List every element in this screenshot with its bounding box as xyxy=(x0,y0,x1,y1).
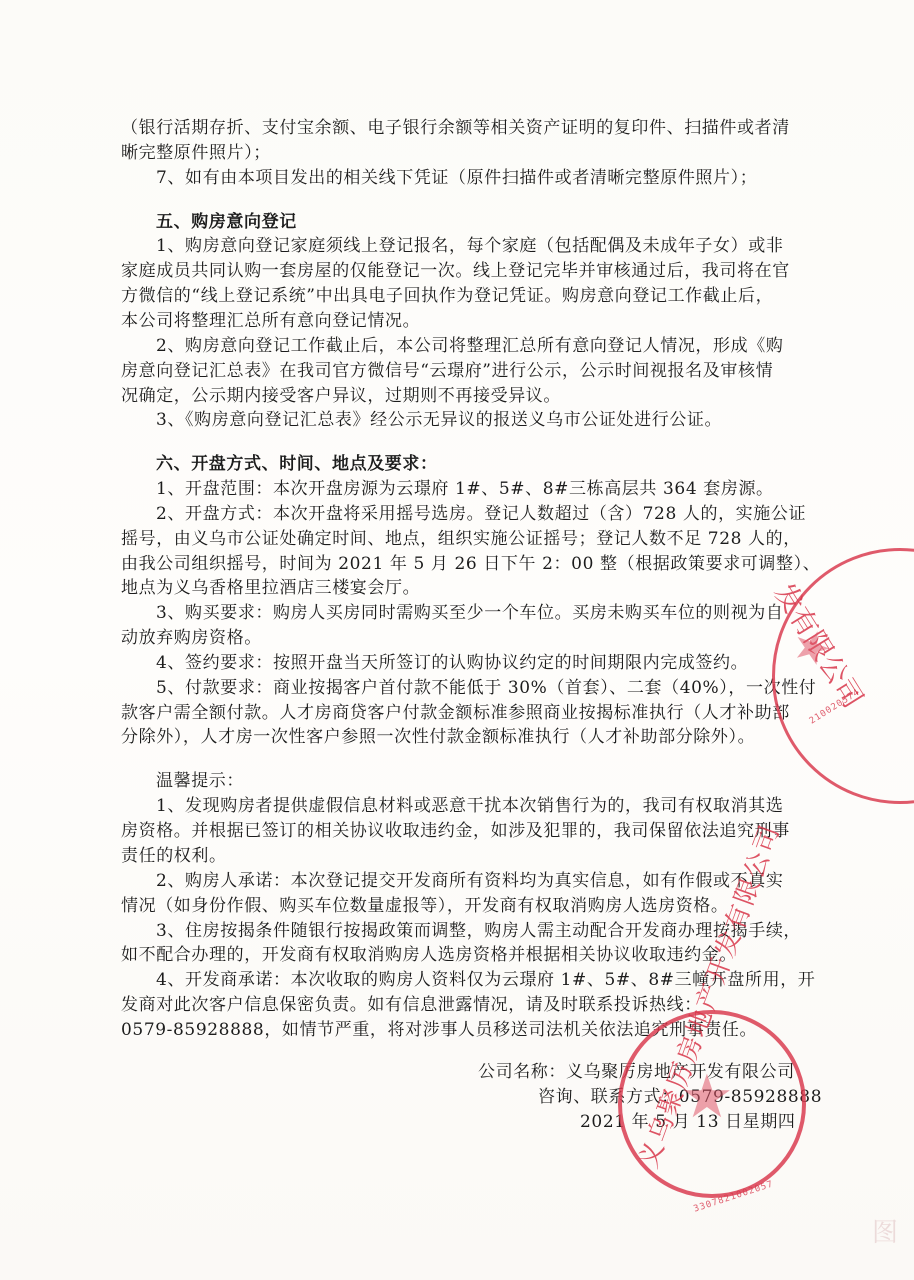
text-line: 如不配合办理的，开发商有权取消购房人选房资格并根据相关协议收取违约金。 xyxy=(121,943,737,967)
text-line: 房意向登记汇总表》在我司官方微信号“云璟府”进行公示，公示时间视报名及审核情 xyxy=(121,359,773,383)
text-line: 4、签约要求：按照开盘当天所签订的认购协议约定的时间期限内完成签约。 xyxy=(156,651,748,675)
text-line: （银行活期存折、支付宝余额、电子银行余额等相关资产证明的复印件、扫描件或者清 xyxy=(121,116,790,140)
watermark-icon: 图 xyxy=(872,1212,898,1249)
text-line: 2、开盘方式：本次开盘将采用摇号选房。登记人数超过（含）728 人的，实施公证 xyxy=(156,502,806,526)
text-line: 地点为义乌香格里拉酒店三楼宴会厅。 xyxy=(121,576,420,600)
text-line: 1、购房意向登记家庭须线上登记报名，每个家庭（包括配偶及未成年子女）或非 xyxy=(156,234,783,258)
text-line: 2、购房意向登记工作截止后，本公司将整理汇总所有意向登记人情况，形成《购 xyxy=(156,334,783,358)
text-line: 5、付款要求：商业按揭客户首付款不能低于 30%（首套）、二套（40%），一次性… xyxy=(156,676,816,700)
text-line: 发商对此次客户信息保密负责。如有信息泄露情况，请及时联系投诉热线： xyxy=(121,993,702,1017)
text-line: 晰完整原件照片）； xyxy=(121,141,271,165)
text-line: 3、《购房意向登记汇总表》经公示无异议的报送义乌市公证处进行公证。 xyxy=(156,408,722,432)
text-line: 家庭成员共同认购一套房屋的仅能登记一次。线上登记完毕并审核通过后，我司将在官 xyxy=(121,259,790,283)
text-line: 本公司将整理汇总所有意向登记情况。 xyxy=(121,309,420,333)
text-line: 由我公司组织摇号，时间为 2021 年 5 月 26 日下午 2：00 整（根据… xyxy=(121,552,820,576)
text-line: 分除外），人才房一次性客户参照一次性付款金额标准执行（人才补助部分除外）。 xyxy=(121,725,755,749)
text-line: 情况（如身份作假、购买车位数量虚报等），开发商有权取消购房人选房资格。 xyxy=(121,894,729,918)
text-line: 1、发现购房者提供虚假信息材料或恶意干扰本次销售行为的，我司有权取消其选 xyxy=(156,794,783,818)
text-line: 方微信的“线上登记系统”中出具电子回执作为登记凭证。购房意向登记工作截止后， xyxy=(121,284,773,308)
text-line: 摇号，由义乌市公证处确定时间、地点，组织实施公证摇号；登记人数不足 728 人的… xyxy=(121,527,801,551)
text-line: 动放弃购房资格。 xyxy=(121,626,262,650)
text-line: 况确定，公示期内接受客户异议，过期则不再接受异议。 xyxy=(121,384,561,408)
text-line: 2、购房人承诺：本次登记提交开发商所有资料均为真实信息，如有作假或不真实 xyxy=(156,869,783,893)
text-line: 3、住房按揭条件随银行按揭政策而调整，购房人需主动配合开发商办理按揭手续， xyxy=(156,919,801,943)
text-line: 房资格。并根据已签订的相关协议收取违约金，如涉及犯罪的，我司保留依法追究刑事 xyxy=(121,819,790,843)
text-line: 7、如有由本项目发出的相关线下凭证（原件扫描件或者清晰完整原件照片）； xyxy=(156,166,757,190)
document-page: （银行活期存折、支付宝余额、电子银行余额等相关资产证明的复印件、扫描件或者清 晰… xyxy=(0,0,914,1280)
section-heading: 六、开盘方式、时间、地点及要求： xyxy=(156,452,438,476)
text-line: 3、购买要求：购房人买房同时需购买至少一个车位。买房未购买车位的则视为自 xyxy=(156,601,783,625)
section-heading: 温馨提示： xyxy=(156,769,244,793)
text-line: 责任的权利。 xyxy=(121,844,227,868)
section-heading: 五、购房意向登记 xyxy=(156,210,297,234)
text-line: 款客户需全额付款。人才房商贷客户付款金额标准参照商业按揭标准执行（人才补助部 xyxy=(121,701,790,725)
text-line: 1、开盘范围：本次开盘房源为云璟府 1#、5#、8#三栋高层共 364 套房源。 xyxy=(156,477,774,501)
